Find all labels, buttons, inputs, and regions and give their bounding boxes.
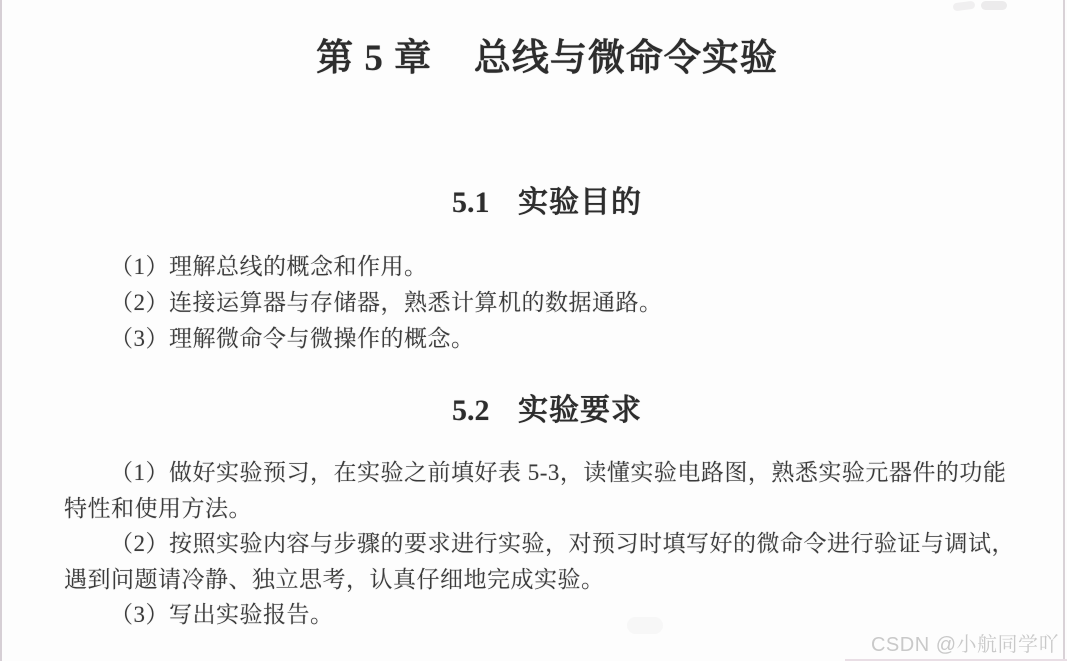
chapter-name: 总线与微命令实验 <box>474 38 778 79</box>
page-right-edge-line <box>1063 0 1065 661</box>
scanned-document-page: 第 5 章 总线与微命令实验 5.1 实验目的 （1）理解总线的概念和作用。 （… <box>0 0 1067 661</box>
scan-smudge <box>981 1 1007 10</box>
section-5-1-list: （1）理解总线的概念和作用。 （2）连接运算器与存储器，熟悉计算机的数据通路。 … <box>64 249 1030 357</box>
section-5-1-number: 5.1 <box>452 186 490 219</box>
section-5-2-list: （1）做好实验预习，在实验之前填好表 5-3，读懂实验电路图，熟悉实验元器件的功… <box>64 455 1030 633</box>
section-5-1-title: 实验目的 <box>518 186 642 219</box>
chapter-title: 第 5 章 总线与微命令实验 <box>64 27 1030 81</box>
page-left-edge-line <box>0 0 2 661</box>
list-item-line: （2）按照实验内容与步骤的要求进行实验，对预习时填写好的微命令进行验证与调试， <box>64 526 1030 562</box>
section-5-2-heading: 5.2 实验要求 <box>64 385 1030 429</box>
section-5-1-heading: 5.1 实验目的 <box>64 177 1030 221</box>
scan-smudge <box>953 1 976 12</box>
csdn-watermark: CSDN @小航同学吖 <box>871 628 1059 657</box>
chapter-number: 第 5 章 <box>316 38 432 79</box>
section-5-2-number: 5.2 <box>452 394 490 427</box>
list-item: （3）理解微命令与微操作的概念。 <box>64 321 1030 357</box>
section-5-2-title: 实验要求 <box>518 394 642 427</box>
list-item: （1）理解总线的概念和作用。 <box>64 249 1030 285</box>
list-item-line: （1）做好实验预习，在实验之前填好表 5-3，读懂实验电路图，熟悉实验元器件的功… <box>64 455 1030 491</box>
list-item: （2）连接运算器与存储器，熟悉计算机的数据通路。 <box>64 285 1030 321</box>
list-item-line: 遇到问题请冷静、独立思考，认真仔细地完成实验。 <box>64 562 1030 598</box>
list-item-line: 特性和使用方法。 <box>64 491 1030 527</box>
